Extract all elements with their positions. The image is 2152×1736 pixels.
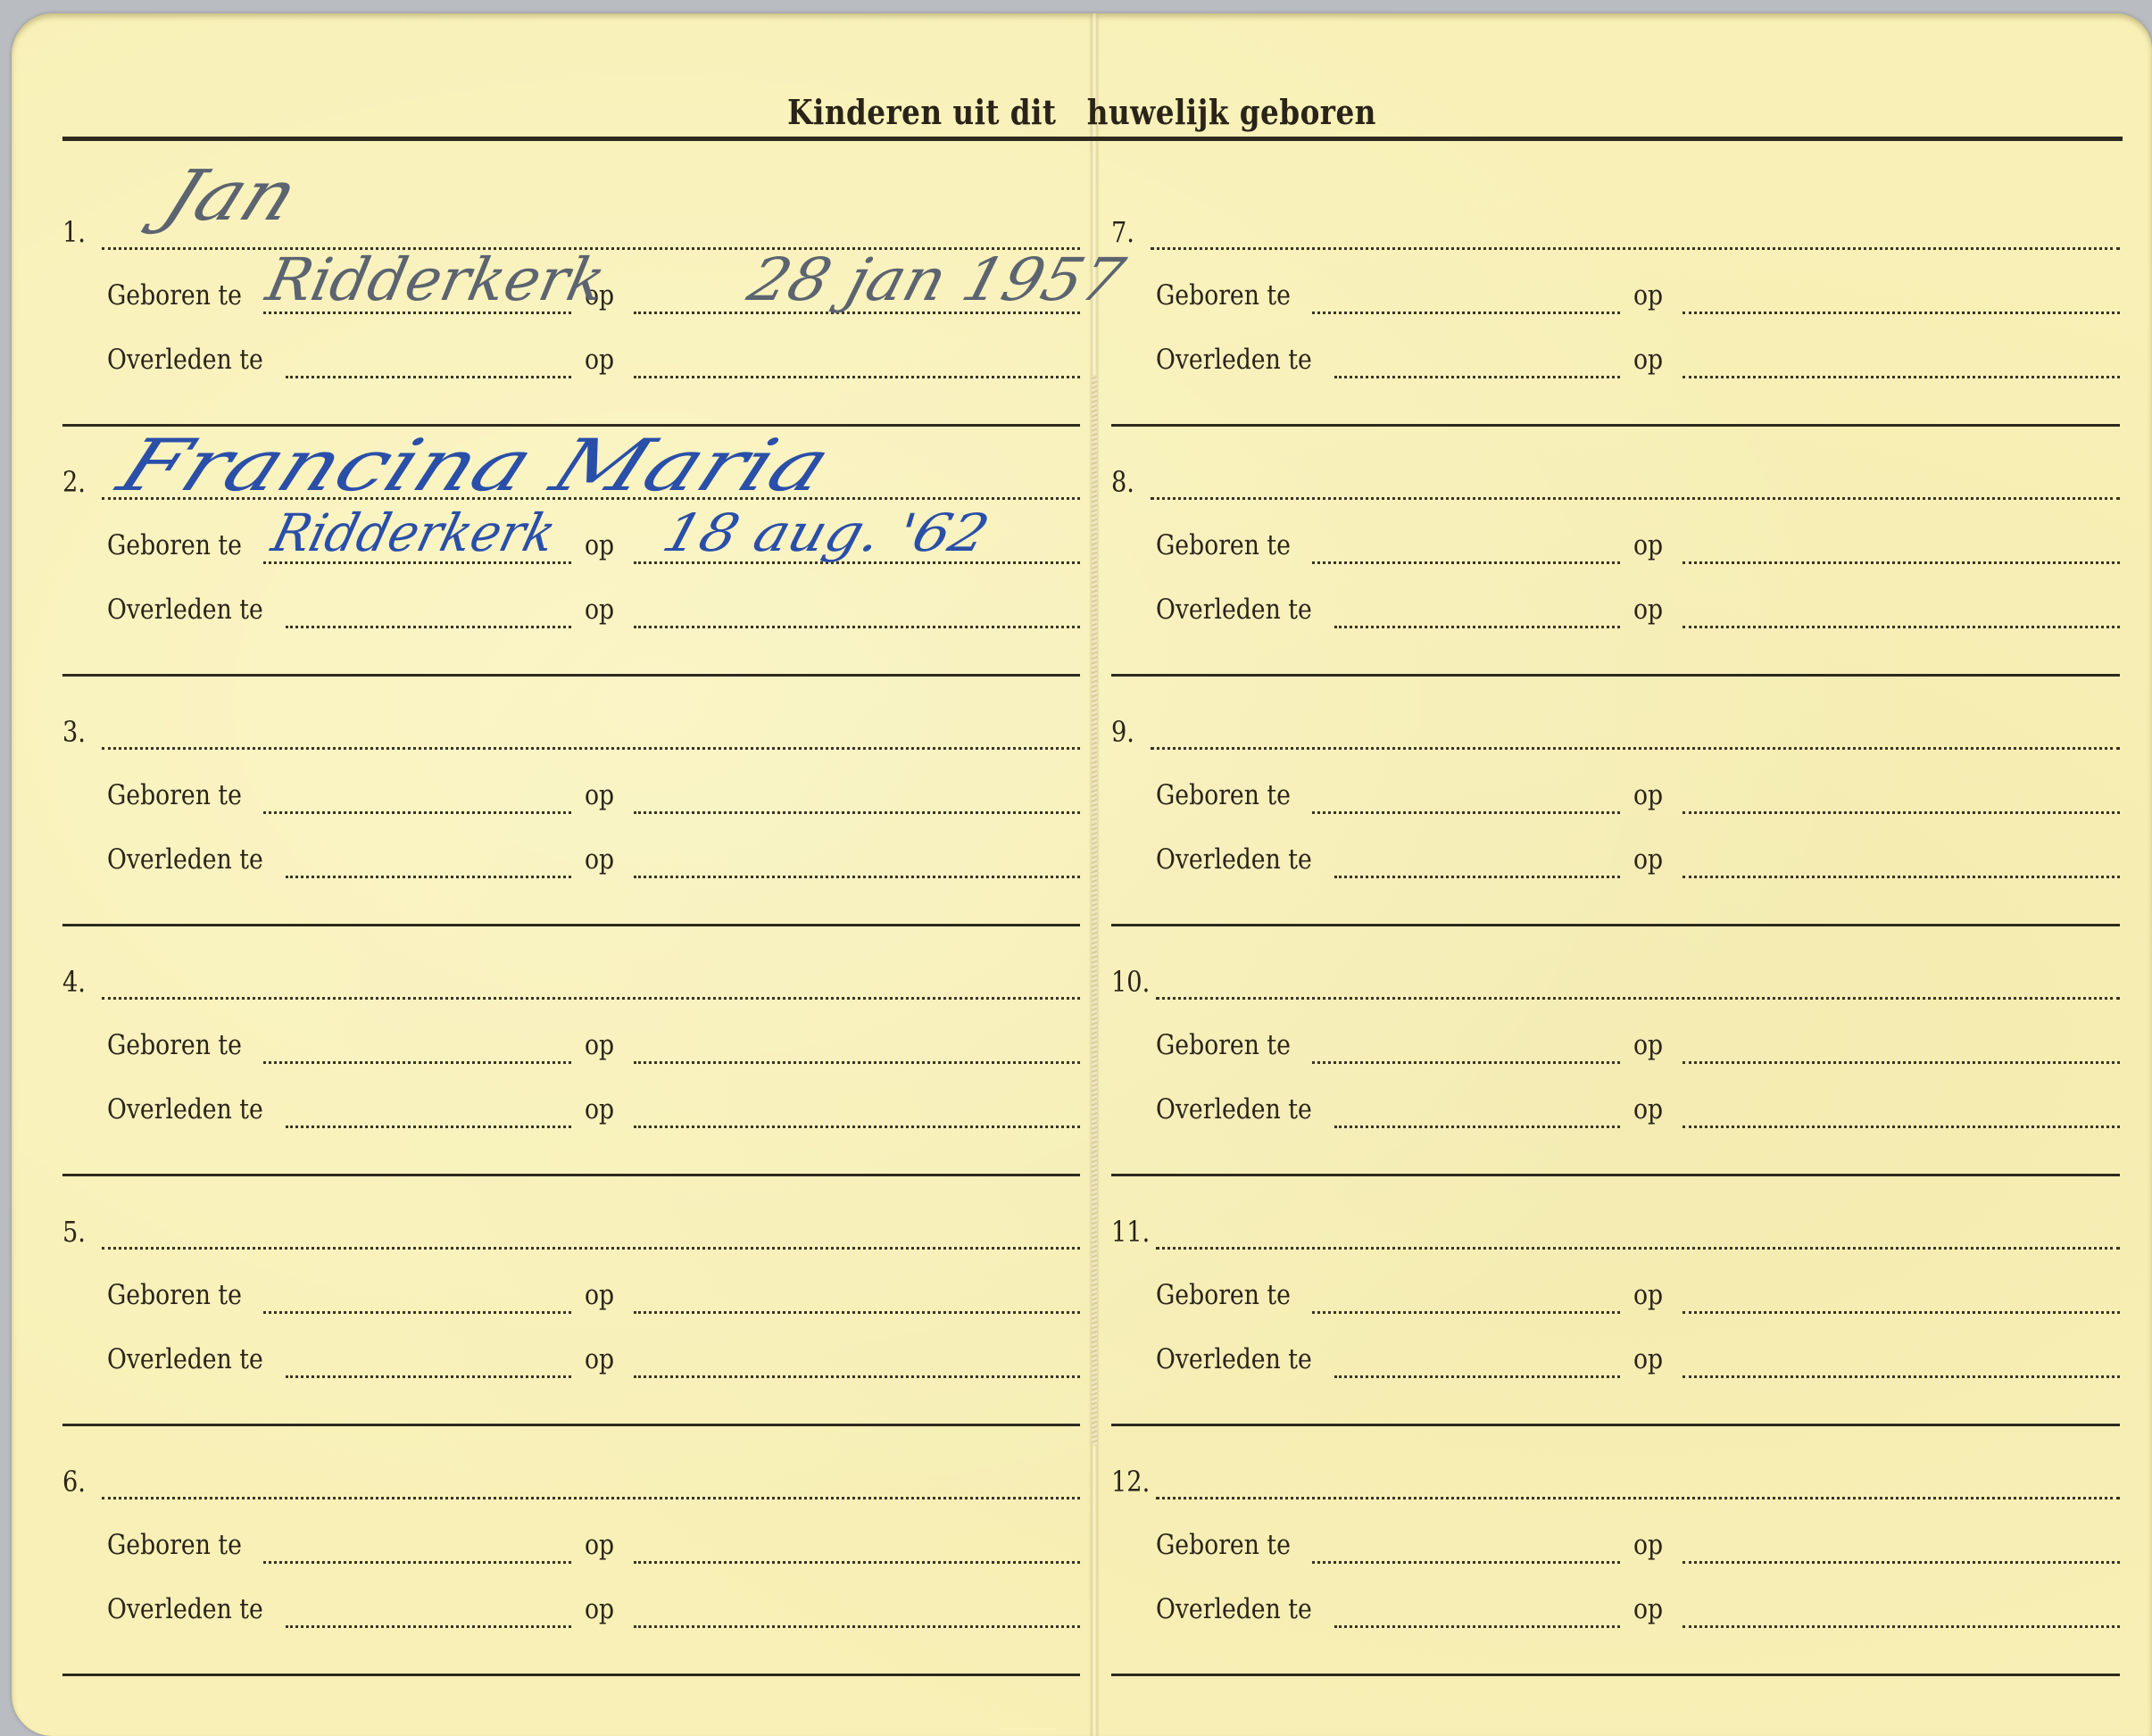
handwritten-name: Jan <box>152 156 310 237</box>
died-place-field[interactable] <box>286 1125 571 1128</box>
name-field[interactable] <box>1151 497 2120 500</box>
died-on-label: op <box>1633 843 1663 876</box>
title-rule <box>62 137 2123 141</box>
born-label: Geboren te <box>107 779 242 811</box>
born-place-field[interactable] <box>1312 1061 1620 1064</box>
entry-separator <box>1111 424 2120 427</box>
handwritten-born-place: Ridderkerk <box>266 503 562 563</box>
born-place-field[interactable] <box>1312 1561 1620 1564</box>
born-date-field[interactable] <box>1683 561 2120 564</box>
died-on-label: op <box>585 1593 614 1625</box>
died-label: Overleden te <box>1156 594 1312 626</box>
entry-separator <box>1111 1674 2120 1676</box>
died-label: Overleden te <box>1156 1593 1312 1625</box>
born-place-field[interactable] <box>1312 1311 1620 1314</box>
died-place-field[interactable] <box>1334 1375 1620 1378</box>
child-entry-1: 1. Geboren te op Overleden te op JanRidd… <box>62 201 1080 451</box>
died-label: Overleden te <box>1156 344 1312 376</box>
child-entry-8: 8. Geboren te op Overleden te op <box>1111 451 2120 701</box>
died-label: Overleden te <box>1156 1343 1312 1375</box>
born-date-field[interactable] <box>1683 1561 2120 1564</box>
child-entry-5: 5. Geboren te op Overleden te op <box>62 1200 1080 1450</box>
died-label: Overleden te <box>107 1093 263 1125</box>
born-date-field[interactable] <box>1683 1061 2120 1064</box>
born-place-field[interactable] <box>1312 311 1620 314</box>
born-on-label: op <box>585 779 614 811</box>
handwritten-born-date: 28 jan 1957 <box>741 245 1132 314</box>
died-date-field[interactable] <box>1683 626 2120 628</box>
entry-number: 5. <box>62 1215 86 1249</box>
name-field[interactable] <box>1156 997 2120 1000</box>
died-date-field[interactable] <box>1683 1125 2120 1128</box>
page-title: Kinderen uit dithuwelijk geboren <box>162 92 2002 132</box>
died-date-field[interactable] <box>634 1375 1080 1378</box>
died-label: Overleden te <box>107 344 263 376</box>
born-on-label: op <box>585 1279 614 1311</box>
entry-separator <box>1111 1174 2120 1176</box>
born-on-label: op <box>1633 529 1663 561</box>
handwritten-born-date: 18 aug. '62 <box>656 503 996 563</box>
entry-number: 8. <box>1111 465 1134 499</box>
died-label: Overleden te <box>107 594 263 626</box>
died-date-field[interactable] <box>1683 376 2120 378</box>
died-on-label: op <box>1633 344 1663 376</box>
born-on-label: op <box>1633 1029 1663 1061</box>
born-place-field[interactable] <box>263 811 571 814</box>
died-place-field[interactable] <box>1334 1625 1620 1628</box>
died-label: Overleden te <box>107 1593 263 1625</box>
name-field[interactable] <box>1151 247 2120 250</box>
born-on-label: op <box>1633 1529 1663 1561</box>
child-entry-11: 11. Geboren te op Overleden te op <box>1111 1200 2120 1450</box>
entry-number: 10. <box>1111 965 1150 999</box>
entry-separator <box>1111 924 2120 926</box>
child-entry-9: 9. Geboren te op Overleden te op <box>1111 701 2120 951</box>
entry-number: 11. <box>1111 1215 1150 1249</box>
entry-separator <box>1111 1424 2120 1426</box>
died-on-label: op <box>585 1093 614 1125</box>
child-entry-4: 4. Geboren te op Overleden te op <box>62 951 1080 1200</box>
born-label: Geboren te <box>107 1279 242 1311</box>
died-on-label: op <box>1633 594 1663 626</box>
born-place-field[interactable] <box>263 1311 571 1314</box>
entry-separator <box>62 674 1080 677</box>
born-date-field[interactable] <box>634 1561 1080 1564</box>
died-on-label: op <box>1633 1343 1663 1375</box>
died-on-label: op <box>585 344 614 376</box>
born-place-field[interactable] <box>263 1561 571 1564</box>
died-date-field[interactable] <box>634 1125 1080 1128</box>
born-label: Geboren te <box>1156 1029 1291 1061</box>
died-place-field[interactable] <box>1334 876 1620 878</box>
child-entry-3: 3. Geboren te op Overleden te op <box>62 701 1080 951</box>
died-label: Overleden te <box>107 843 263 876</box>
child-entry-10: 10. Geboren te op Overleden te op <box>1111 951 2120 1200</box>
entry-separator <box>1111 674 2120 677</box>
name-field[interactable] <box>1151 747 2120 750</box>
child-entry-2: 2. Geboren te op Overleden te op Francin… <box>62 451 1080 701</box>
born-label: Geboren te <box>1156 279 1291 311</box>
died-on-label: op <box>1633 1093 1663 1125</box>
died-on-label: op <box>585 843 614 876</box>
entry-number: 3. <box>62 715 86 749</box>
handwritten-name: Francina Maria <box>107 424 843 507</box>
born-date-field[interactable] <box>1683 1311 2120 1314</box>
name-field[interactable] <box>1156 1497 2120 1499</box>
born-date-field[interactable] <box>1683 811 2120 814</box>
entry-separator <box>62 1174 1080 1176</box>
entry-number: 1. <box>62 215 86 249</box>
born-on-label: op <box>1633 779 1663 811</box>
died-place-field[interactable] <box>286 376 571 378</box>
died-place-field[interactable] <box>286 876 571 878</box>
name-field[interactable] <box>102 747 1080 750</box>
born-place-field[interactable] <box>263 1061 571 1064</box>
died-label: Overleden te <box>1156 1093 1312 1125</box>
child-entry-6: 6. Geboren te op Overleden te op <box>62 1450 1080 1700</box>
entry-separator <box>62 1424 1080 1426</box>
title-part-1: Kinderen uit dit <box>787 92 1056 132</box>
entry-separator <box>62 1674 1080 1676</box>
born-label: Geboren te <box>1156 529 1291 561</box>
child-entry-7: 7. Geboren te op Overleden te op <box>1111 201 2120 451</box>
entry-number: 4. <box>62 965 86 999</box>
child-entry-12: 12. Geboren te op Overleden te op <box>1111 1450 2120 1700</box>
died-on-label: op <box>585 594 614 626</box>
name-field[interactable] <box>1156 1247 2120 1250</box>
booklet-spread: Kinderen uit dithuwelijk geboren 1. Gebo… <box>12 13 2152 1736</box>
entry-number: 6. <box>62 1465 86 1499</box>
handwritten-born-place: Ridderkerk <box>261 245 611 314</box>
died-date-field[interactable] <box>634 1625 1080 1628</box>
died-on-label: op <box>585 1343 614 1375</box>
born-label: Geboren te <box>1156 1529 1291 1561</box>
binding-thread <box>1092 375 1097 1446</box>
died-date-field[interactable] <box>634 376 1080 378</box>
born-label: Geboren te <box>107 1529 242 1561</box>
died-label: Overleden te <box>1156 843 1312 876</box>
born-label: Geboren te <box>1156 779 1291 811</box>
died-place-field[interactable] <box>286 626 571 628</box>
died-label: Overleden te <box>107 1343 263 1375</box>
entry-number: 12. <box>1111 1465 1150 1499</box>
entry-number: 9. <box>1111 715 1134 749</box>
born-date-field[interactable] <box>634 1061 1080 1064</box>
entry-separator <box>62 924 1080 926</box>
born-on-label: op <box>585 529 614 561</box>
died-date-field[interactable] <box>634 876 1080 878</box>
born-on-label: op <box>1633 1279 1663 1311</box>
born-label: Geboren te <box>1156 1279 1291 1311</box>
born-on-label: op <box>585 1529 614 1561</box>
died-place-field[interactable] <box>1334 376 1620 378</box>
born-date-field[interactable] <box>1683 311 2120 314</box>
born-label: Geboren te <box>107 1029 242 1061</box>
born-on-label: op <box>585 1029 614 1061</box>
entry-number: 7. <box>1111 215 1134 249</box>
title-part-2: huwelijk geboren <box>1087 92 1376 132</box>
died-date-field[interactable] <box>634 626 1080 628</box>
born-label: Geboren te <box>107 279 242 311</box>
died-date-field[interactable] <box>1683 1625 2120 1628</box>
name-field[interactable] <box>102 1247 1080 1250</box>
born-date-field[interactable] <box>634 1311 1080 1314</box>
born-label: Geboren te <box>107 529 242 561</box>
name-field[interactable] <box>102 997 1080 1000</box>
born-place-field[interactable] <box>1312 561 1620 564</box>
born-date-field[interactable] <box>634 811 1080 814</box>
died-date-field[interactable] <box>1683 1375 2120 1378</box>
died-place-field[interactable] <box>286 1375 571 1378</box>
died-place-field[interactable] <box>286 1625 571 1628</box>
died-on-label: op <box>1633 1593 1663 1625</box>
died-place-field[interactable] <box>1334 626 1620 628</box>
born-place-field[interactable] <box>1312 811 1620 814</box>
entry-number: 2. <box>62 465 86 499</box>
died-place-field[interactable] <box>1334 1125 1620 1128</box>
born-on-label: op <box>1633 279 1663 311</box>
name-field[interactable] <box>102 1497 1080 1499</box>
died-date-field[interactable] <box>1683 876 2120 878</box>
